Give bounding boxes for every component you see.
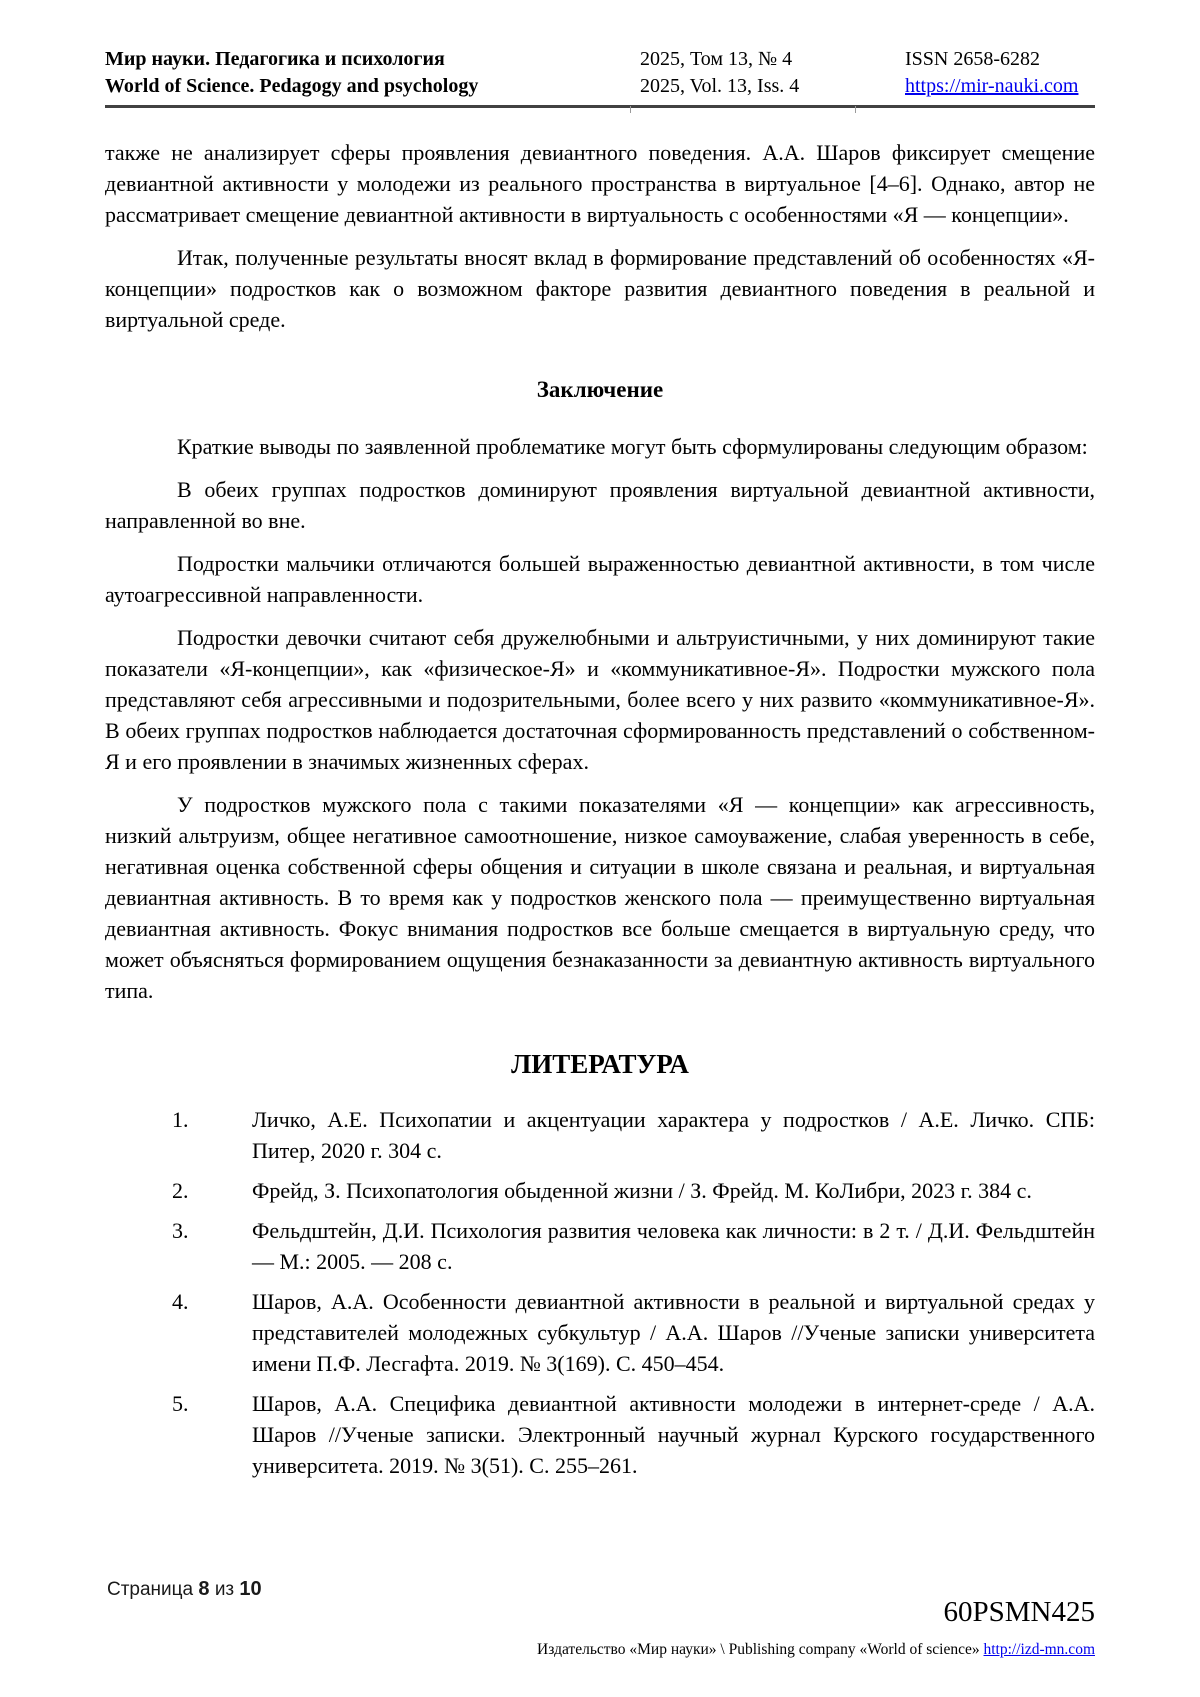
journal-site-link[interactable]: https://mir-nauki.com xyxy=(905,75,1078,97)
article-code: 60PSMN425 xyxy=(944,1596,1096,1629)
article-body: также не анализирует сферы проявления де… xyxy=(105,137,1095,1490)
page-word: Страница xyxy=(107,1579,193,1600)
reference-number: 3. xyxy=(172,1215,189,1246)
reference-number: 4. xyxy=(172,1286,189,1317)
paragraph: Краткие выводы по заявленной проблематик… xyxy=(105,431,1095,462)
publisher-line: Издательство «Мир науки» \ Publishing co… xyxy=(537,1641,1095,1659)
reference-text: Личко, А.Е. Психопатии и акцентуации хар… xyxy=(252,1107,1095,1163)
paragraph: У подростков мужского пола с такими пока… xyxy=(105,789,1095,1006)
reference-number: 1. xyxy=(172,1104,189,1135)
issue-info-en: 2025, Vol. 13, Iss. 4 xyxy=(640,73,905,100)
issn-block: ISSN 2658-6282 https://mir-nauki.com xyxy=(905,46,1095,100)
page-number-label: Страница 8 из 10 xyxy=(107,1578,262,1601)
references-list: 1. Личко, А.Е. Психопатии и акцентуации … xyxy=(105,1104,1095,1481)
reference-number: 5. xyxy=(172,1388,189,1419)
literature-heading: ЛИТЕРАТУРА xyxy=(105,1048,1095,1080)
issue-info-block: 2025, Том 13, № 4 2025, Vol. 13, Iss. 4 xyxy=(640,46,905,100)
publisher-link[interactable]: http://izd-mn.com xyxy=(984,1641,1096,1658)
reference-text: Шаров, А.А. Специфика девиантной активно… xyxy=(252,1391,1095,1478)
reference-item: 5. Шаров, А.А. Специфика девиантной акти… xyxy=(105,1388,1095,1481)
header-column-tick xyxy=(630,106,631,113)
reference-number: 2. xyxy=(172,1175,189,1206)
reference-text: Шаров, А.А. Особенности девиантной актив… xyxy=(252,1289,1095,1376)
conclusion-heading: Заключение xyxy=(105,375,1095,405)
document-page: Мир науки. Педагогика и психология World… xyxy=(0,0,1200,1697)
journal-header: Мир науки. Педагогика и психология World… xyxy=(105,46,1095,108)
paragraph: Подростки мальчики отличаются большей вы… xyxy=(105,548,1095,610)
journal-title-en: World of Science. Pedagogy and psycholog… xyxy=(105,73,640,100)
reference-item: 2. Фрейд, З. Психопатология обыденной жи… xyxy=(105,1175,1095,1206)
issue-info-ru: 2025, Том 13, № 4 xyxy=(640,46,905,73)
reference-item: 3. Фельдштейн, Д.И. Психология развития … xyxy=(105,1215,1095,1277)
journal-title-ru: Мир науки. Педагогика и психология xyxy=(105,46,640,73)
paragraph: В обеих группах подростков доминируют пр… xyxy=(105,474,1095,536)
paragraph: также не анализирует сферы проявления де… xyxy=(105,137,1095,230)
paragraph: Подростки девочки считают себя дружелюбн… xyxy=(105,622,1095,777)
publisher-text: Издательство «Мир науки» \ Publishing co… xyxy=(537,1641,980,1658)
issn-label: ISSN 2658-6282 xyxy=(905,46,1095,73)
paragraph: Итак, полученные результаты вносят вклад… xyxy=(105,242,1095,335)
journal-title-block: Мир науки. Педагогика и психология World… xyxy=(105,46,640,100)
reference-item: 4. Шаров, А.А. Особенности девиантной ак… xyxy=(105,1286,1095,1379)
header-column-tick xyxy=(855,106,856,113)
of-word: из xyxy=(215,1579,234,1600)
reference-text: Фельдштейн, Д.И. Психология развития чел… xyxy=(252,1218,1095,1274)
reference-text: Фрейд, З. Психопатология обыденной жизни… xyxy=(252,1178,1032,1203)
page-current: 8 xyxy=(198,1578,209,1600)
reference-item: 1. Личко, А.Е. Психопатии и акцентуации … xyxy=(105,1104,1095,1166)
page-total: 10 xyxy=(239,1578,261,1600)
